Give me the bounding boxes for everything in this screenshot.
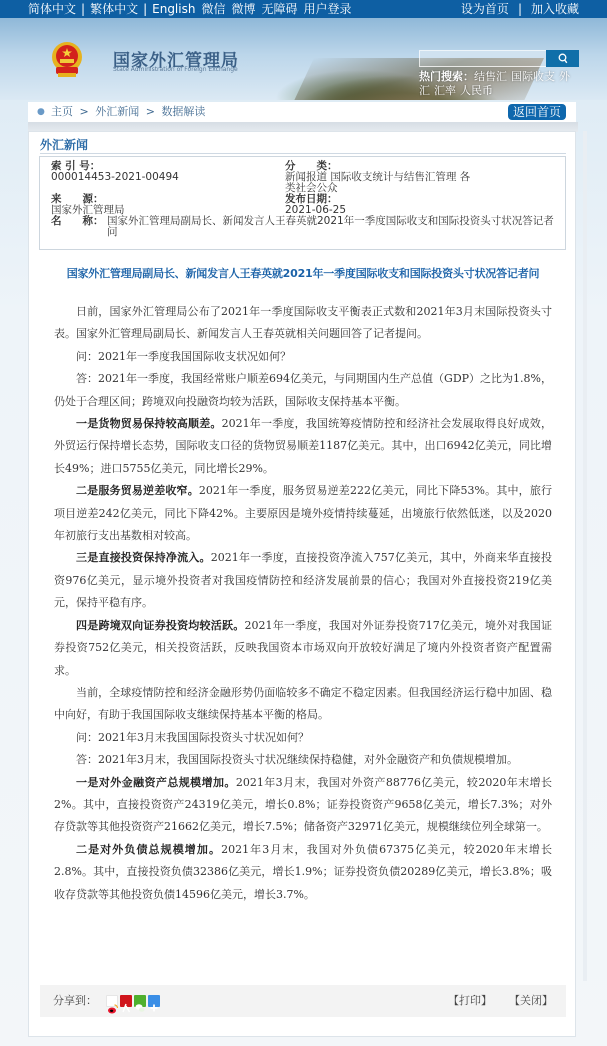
share-bar: 分享到： 【打印】 【关闭】 [40,985,566,1017]
national-emblem-icon [50,40,84,80]
breadcrumb-home[interactable]: 主页 [51,105,73,118]
search-icon [558,53,568,64]
separator: | [143,0,147,18]
separator: | [518,0,522,18]
paragraph: 二是对外负债总规模增加。2021年3月末，我国对外负债67375亿美元，较202… [54,839,552,906]
link-wechat[interactable]: 微信 [201,0,225,18]
wechat-icon[interactable] [134,995,146,1007]
print-button[interactable]: 【打印】 [448,985,492,1017]
paragraph: 一是对外金融资产总规模增加。2021年3月末，我国对外资产88776亿美元，较2… [54,772,552,839]
article-title: 国家外汇管理局副局长、新闻发言人王春英就2021年一季度国际收支和国际投资头寸状… [29,265,577,281]
hot-search-term[interactable]: 国际收支 [511,70,555,83]
weibo-icon[interactable] [106,995,118,1007]
top-bar: 简体中文|繁体中文|English微信微博无障碍用户登录 设为首页|加入收藏 [0,0,607,18]
hot-search-term[interactable]: 汇率 [434,84,456,97]
name-value: 国家外汇管理局副局长、新闻发言人王春英就2021年一季度国际收支和国际投资头寸状… [107,216,562,238]
paragraph-question: 问：2021年3月末我国国际投资头寸状况如何？ [54,727,552,749]
site-logo-english: State Administration of Foreign Exchange [113,66,238,73]
close-button[interactable]: 【关闭】 [509,985,553,1017]
name-label: 名 称： [51,216,104,227]
breadcrumb: ● 主页 > 外汇新闻 > 数据解读 返回首页 [28,102,576,122]
breadcrumb-data-interpretation[interactable]: 数据解读 [161,105,205,118]
divider [40,153,566,154]
return-home-button[interactable]: 返回首页 [508,104,566,120]
share-icons [106,995,160,1007]
link-add-favorite[interactable]: 加入收藏 [531,0,579,18]
paragraph: 二是服务贸易逆差收窄。2021年一季度，服务贸易逆差222亿美元，同比下降53%… [54,480,552,547]
more-share-icon[interactable] [148,995,160,1007]
article-body: 日前，国家外汇管理局公布了2021年一季度国际收支平衡表正式数和2021年3月末… [54,301,552,906]
link-weibo[interactable]: 微博 [231,0,255,18]
link-set-homepage[interactable]: 设为首页 [461,0,509,18]
header-banner: 国家外汇管理局 State Administration of Foreign … [0,18,607,100]
link-traditional-chinese[interactable]: 繁体中文 [90,0,138,18]
scrollbar[interactable] [583,131,587,981]
paragraph: 日前，国家外汇管理局公布了2021年一季度国际收支平衡表正式数和2021年3月末… [54,301,552,346]
hot-search-term[interactable]: 人民币 [460,84,493,97]
breadcrumb-fx-news[interactable]: 外汇新闻 [95,105,139,118]
location-pin-icon: ● [37,102,45,122]
link-accessibility[interactable]: 无障碍 [262,0,298,18]
top-links-left: 简体中文|繁体中文|English微信微博无障碍用户登录 [28,0,352,18]
separator: | [81,0,85,18]
renren-icon[interactable] [120,995,132,1007]
hot-search-term[interactable]: 结售汇 [474,70,507,83]
link-user-login[interactable]: 用户登录 [304,0,352,18]
hot-search: 热门搜索：结售汇国际收支外汇汇率人民币 [419,70,581,100]
section-title: 外汇新闻 [40,136,88,153]
top-links-right: 设为首页|加入收藏 [461,0,579,18]
main-panel: 外汇新闻 索 引 号： 000014453-2021-00494 分 类： 新闻… [28,131,576,1037]
breadcrumb-separator: > [80,105,89,118]
document-metadata: 索 引 号： 000014453-2021-00494 分 类： 新闻报道 国际… [39,156,566,250]
paragraph-question: 问：2021年一季度我国国际收支状况如何？ [54,346,552,368]
breadcrumb-separator: > [146,105,155,118]
paragraph: 三是直接投资保持净流入。2021年一季度，直接投资净流入757亿美元，其中，外商… [54,547,552,614]
category-value: 新闻报道 国际收支统计与结售汇管理 各类社会公众 [285,172,475,194]
paragraph: 当前，全球疫情防控和经济金融形势仍面临较多不确定不稳定因素。但我国经济运行稳中加… [54,682,552,727]
link-english[interactable]: English [152,0,195,18]
paragraph: 四是跨境双向证券投资均较活跃。2021年一季度，我国对外证券投资717亿美元，境… [54,615,552,682]
paragraph: 一是货物贸易保持较高顺差。2021年一季度，我国统筹疫情防控和经济社会发展取得良… [54,413,552,480]
hot-search-label: 热门搜索： [419,70,474,83]
paragraph-answer: 答：2021年一季度，我国经常账户顺差694亿美元，与同期国内生产总值（GDP）… [54,368,552,413]
index-value: 000014453-2021-00494 [51,172,179,183]
search-button[interactable] [546,50,579,67]
link-simplified-chinese[interactable]: 简体中文 [28,0,76,18]
paragraph-answer: 答：2021年3月末，我国国际投资头寸状况继续保持稳健，对外金融资产和负债规模增… [54,749,552,771]
breadcrumb-trail: 主页 > 外汇新闻 > 数据解读 [51,102,208,122]
share-label: 分享到： [53,985,97,1017]
